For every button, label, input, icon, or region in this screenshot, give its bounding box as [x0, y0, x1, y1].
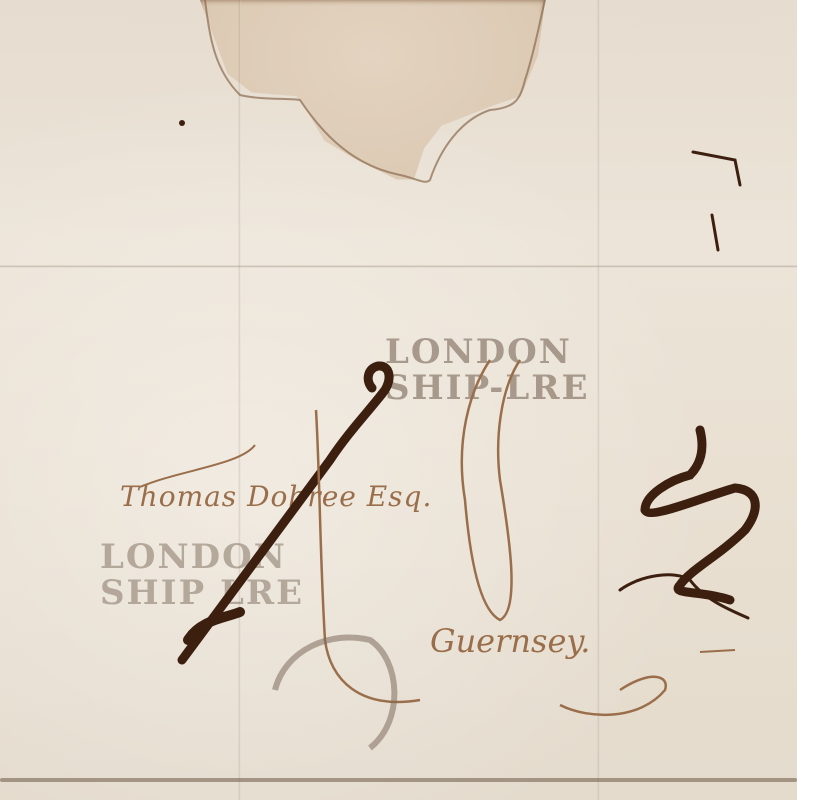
handstamp-london-ship-letter-top: LONDON SHIP-LRE [385, 335, 589, 406]
handstamp-line1: LONDON [100, 540, 304, 576]
handstamp-line1: LONDON [385, 335, 589, 371]
vertical-fold [238, 0, 241, 800]
vertical-fold [597, 0, 600, 800]
handstamp-line2: SHIP-LRE [385, 371, 589, 407]
letter-paper: LONDON SHIP-LRE LONDON SHIP LRE Thomas D… [0, 0, 797, 800]
handstamp-line2: SHIP LRE [100, 576, 304, 612]
addressee-place: Guernsey. [430, 622, 590, 660]
bottom-edge [0, 778, 797, 782]
handstamp-london-ship-letter-left: LONDON SHIP LRE [100, 540, 304, 611]
horizontal-fold [0, 265, 797, 268]
water-stain [200, 0, 545, 185]
addressee-name: Thomas Dobree Esq. [120, 480, 432, 513]
